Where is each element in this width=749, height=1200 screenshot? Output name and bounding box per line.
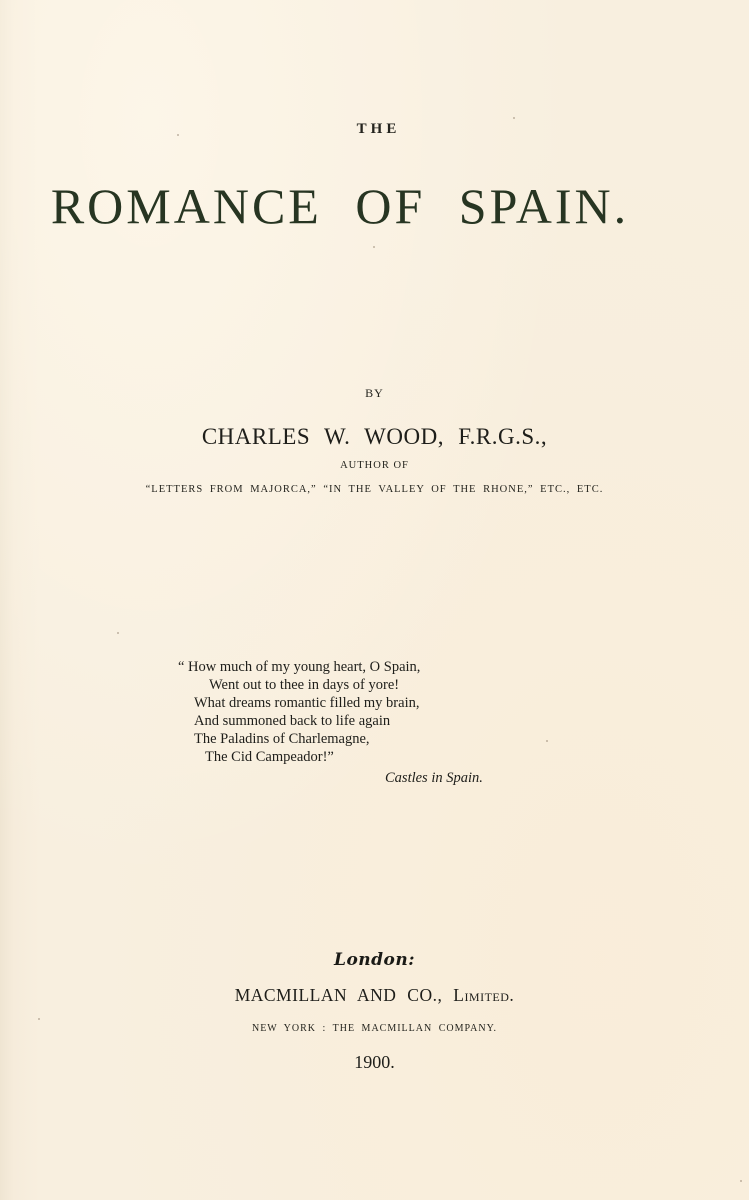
publisher-main: MACMILLAN AND CO.,	[235, 985, 443, 1005]
paper-speck	[373, 246, 375, 248]
title-page: { "page": { "background_color": "#f8efdf…	[0, 0, 749, 1200]
author-name: CHARLES W. WOOD, F.R.G.S.,	[0, 424, 749, 450]
epigraph-line: The Cid Campeador!”	[178, 748, 518, 766]
by-label: BY	[0, 386, 749, 401]
epigraph-line: What dreams romantic filled my brain,	[178, 694, 518, 712]
other-works: “LETTERS FROM MAJORCA,” “IN THE VALLEY O…	[0, 484, 749, 495]
paper-speck	[117, 632, 119, 634]
publisher-suffix: Limited.	[453, 985, 514, 1005]
book-title: ROMANCE OF SPAIN.	[0, 177, 680, 235]
epigraph: “ How much of my young heart, O Spain, W…	[178, 658, 518, 766]
publication-year: 1900.	[0, 1052, 749, 1073]
paper-speck	[38, 1018, 40, 1020]
paper-speck	[177, 134, 179, 136]
epigraph-line: Went out to thee in days of yore!	[178, 676, 518, 694]
epigraph-line: The Paladins of Charlemagne,	[178, 730, 518, 748]
pre-title: THE	[0, 121, 749, 138]
paper-speck	[740, 1180, 742, 1182]
paper-speck	[513, 117, 515, 119]
publisher-name: MACMILLAN AND CO., Limited.	[0, 985, 749, 1006]
paper-speck	[546, 740, 548, 742]
epigraph-line: And summoned back to life again	[178, 712, 518, 730]
new-york-imprint: NEW YORK : THE MACMILLAN COMPANY.	[0, 1023, 749, 1034]
imprint-city: London:	[0, 950, 749, 970]
author-of-label: AUTHOR OF	[0, 460, 749, 471]
epigraph-source: Castles in Spain.	[385, 770, 483, 787]
epigraph-line: “ How much of my young heart, O Spain,	[178, 658, 518, 676]
